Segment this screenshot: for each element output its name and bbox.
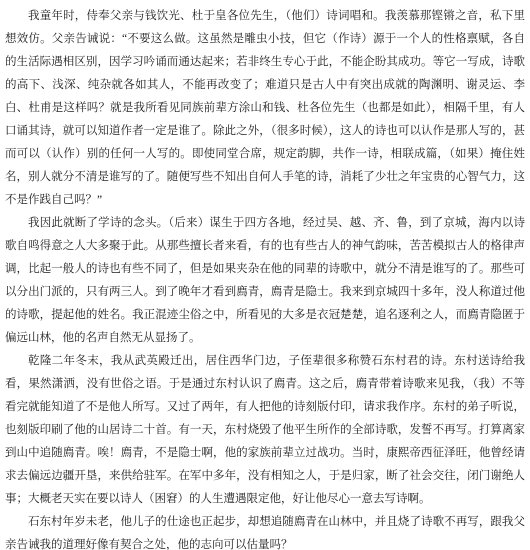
paragraph-1: 我童年时，侍奉父亲与钱饮光、杜于皇各位先生，（他们）诗词唱和。我羡慕那铿锵之音，…: [5, 5, 525, 212]
translation-page: 我童年时，侍奉父亲与钱饮光、杜于皇各位先生，（他们）诗词唱和。我羡慕那铿锵之音，…: [0, 0, 530, 550]
paragraph-2: 我因此就断了学诗的念头。（后来）谋生于四方各地，经过吴、越、齐、鲁，到了京城，海…: [5, 212, 525, 350]
paragraph-4: 石东村年岁未老，他儿子的仕途也正起步，却想追随廌青在山林中，并且烧了诗歌不再写，…: [5, 511, 525, 550]
document-body: 我童年时，侍奉父亲与钱饮光、杜于皇各位先生，（他们）诗词唱和。我羡慕那铿锵之音，…: [5, 5, 525, 550]
paragraph-3: 乾隆二年冬末，我从武英殿迁出，居住西华门边，子侄辈很多称赞石东村君的诗。东村送诗…: [5, 350, 525, 511]
